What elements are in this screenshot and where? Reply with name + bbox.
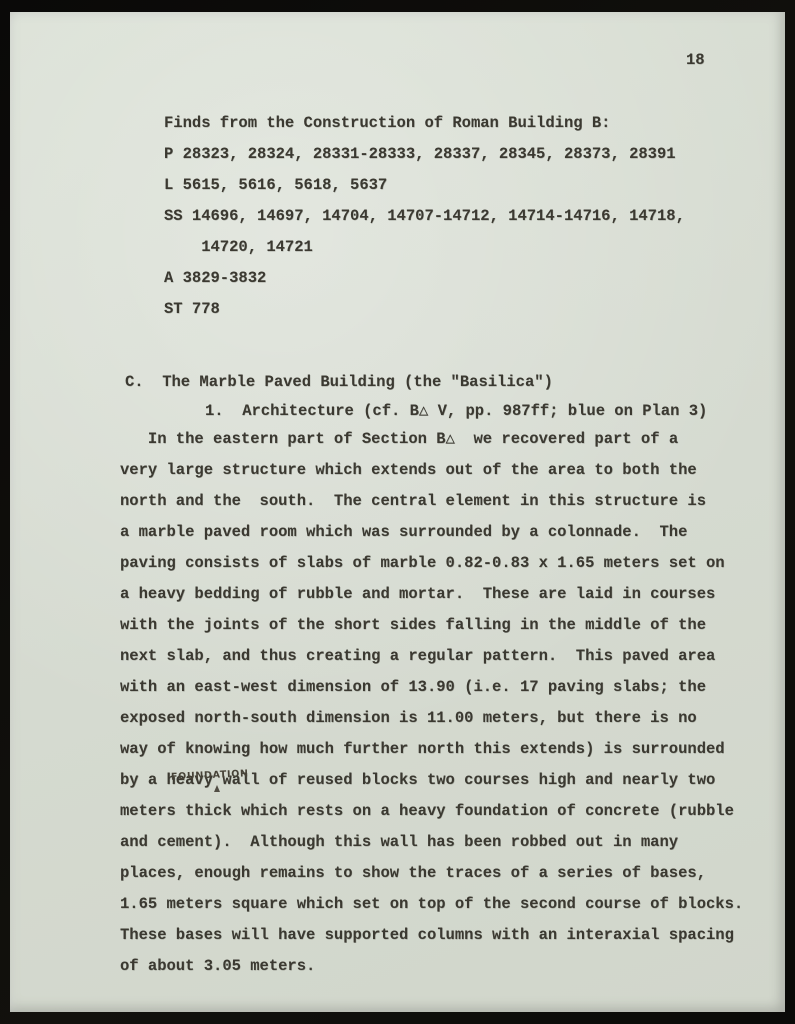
body-line: of about 3.05 meters. bbox=[120, 951, 743, 982]
finds-line-ss: SS 14696, 14697, 14704, 14707-14712, 147… bbox=[164, 201, 685, 232]
body-line: In the eastern part of Section B△ we rec… bbox=[120, 424, 743, 455]
caret-slot: FOUNDATION bbox=[213, 783, 222, 784]
document-page: 18 Finds from the Construction of Roman … bbox=[10, 12, 785, 1012]
finds-line-p: P 28323, 28324, 28331-28333, 28337, 2834… bbox=[164, 139, 685, 170]
insertion-caret-icon bbox=[214, 785, 220, 792]
finds-block: Finds from the Construction of Roman Bui… bbox=[164, 108, 685, 325]
page-number: 18 bbox=[686, 45, 705, 76]
body-line: These bases will have supported columns … bbox=[120, 920, 743, 951]
finds-line-l: L 5615, 5616, 5618, 5637 bbox=[164, 170, 685, 201]
body-line: next slab, and thus creating a regular p… bbox=[120, 641, 743, 672]
body-line: way of knowing how much further north th… bbox=[120, 734, 743, 765]
body-line-text-after: wall of reused blocks two courses high a… bbox=[222, 771, 715, 789]
body-line-with-annotation: by a heavyFOUNDATIONwall of reused block… bbox=[120, 765, 743, 796]
finds-line-a: A 3829-3832 bbox=[164, 263, 685, 294]
scan-background: 18 Finds from the Construction of Roman … bbox=[0, 0, 795, 1024]
section-c-subheading: 1. Architecture (cf. B△ V, pp. 987ff; bl… bbox=[205, 396, 707, 427]
body-line: meters thick which rests on a heavy foun… bbox=[120, 796, 743, 827]
body-line: places, enough remains to show the trace… bbox=[120, 858, 743, 889]
body-line: north and the south. The central element… bbox=[120, 486, 743, 517]
body-line: and cement). Although this wall has been… bbox=[120, 827, 743, 858]
body-line: very large structure which extends out o… bbox=[120, 455, 743, 486]
body-line: with an east-west dimension of 13.90 (i.… bbox=[120, 672, 743, 703]
finds-heading: Finds from the Construction of Roman Bui… bbox=[164, 108, 685, 139]
paragraph-architecture: In the eastern part of Section B△ we rec… bbox=[120, 424, 743, 982]
body-line: exposed north-south dimension is 11.00 m… bbox=[120, 703, 743, 734]
body-line: 1.65 meters square which set on top of t… bbox=[120, 889, 743, 920]
section-c-heading: C. The Marble Paved Building (the "Basil… bbox=[125, 367, 553, 398]
body-line: paving consists of slabs of marble 0.82-… bbox=[120, 548, 743, 579]
finds-line-ss-continued: 14720, 14721 bbox=[164, 232, 685, 263]
body-line: a marble paved room which was surrounded… bbox=[120, 517, 743, 548]
body-line: a heavy bedding of rubble and mortar. Th… bbox=[120, 579, 743, 610]
finds-line-st: ST 778 bbox=[164, 294, 685, 325]
body-line: with the joints of the short sides falli… bbox=[120, 610, 743, 641]
